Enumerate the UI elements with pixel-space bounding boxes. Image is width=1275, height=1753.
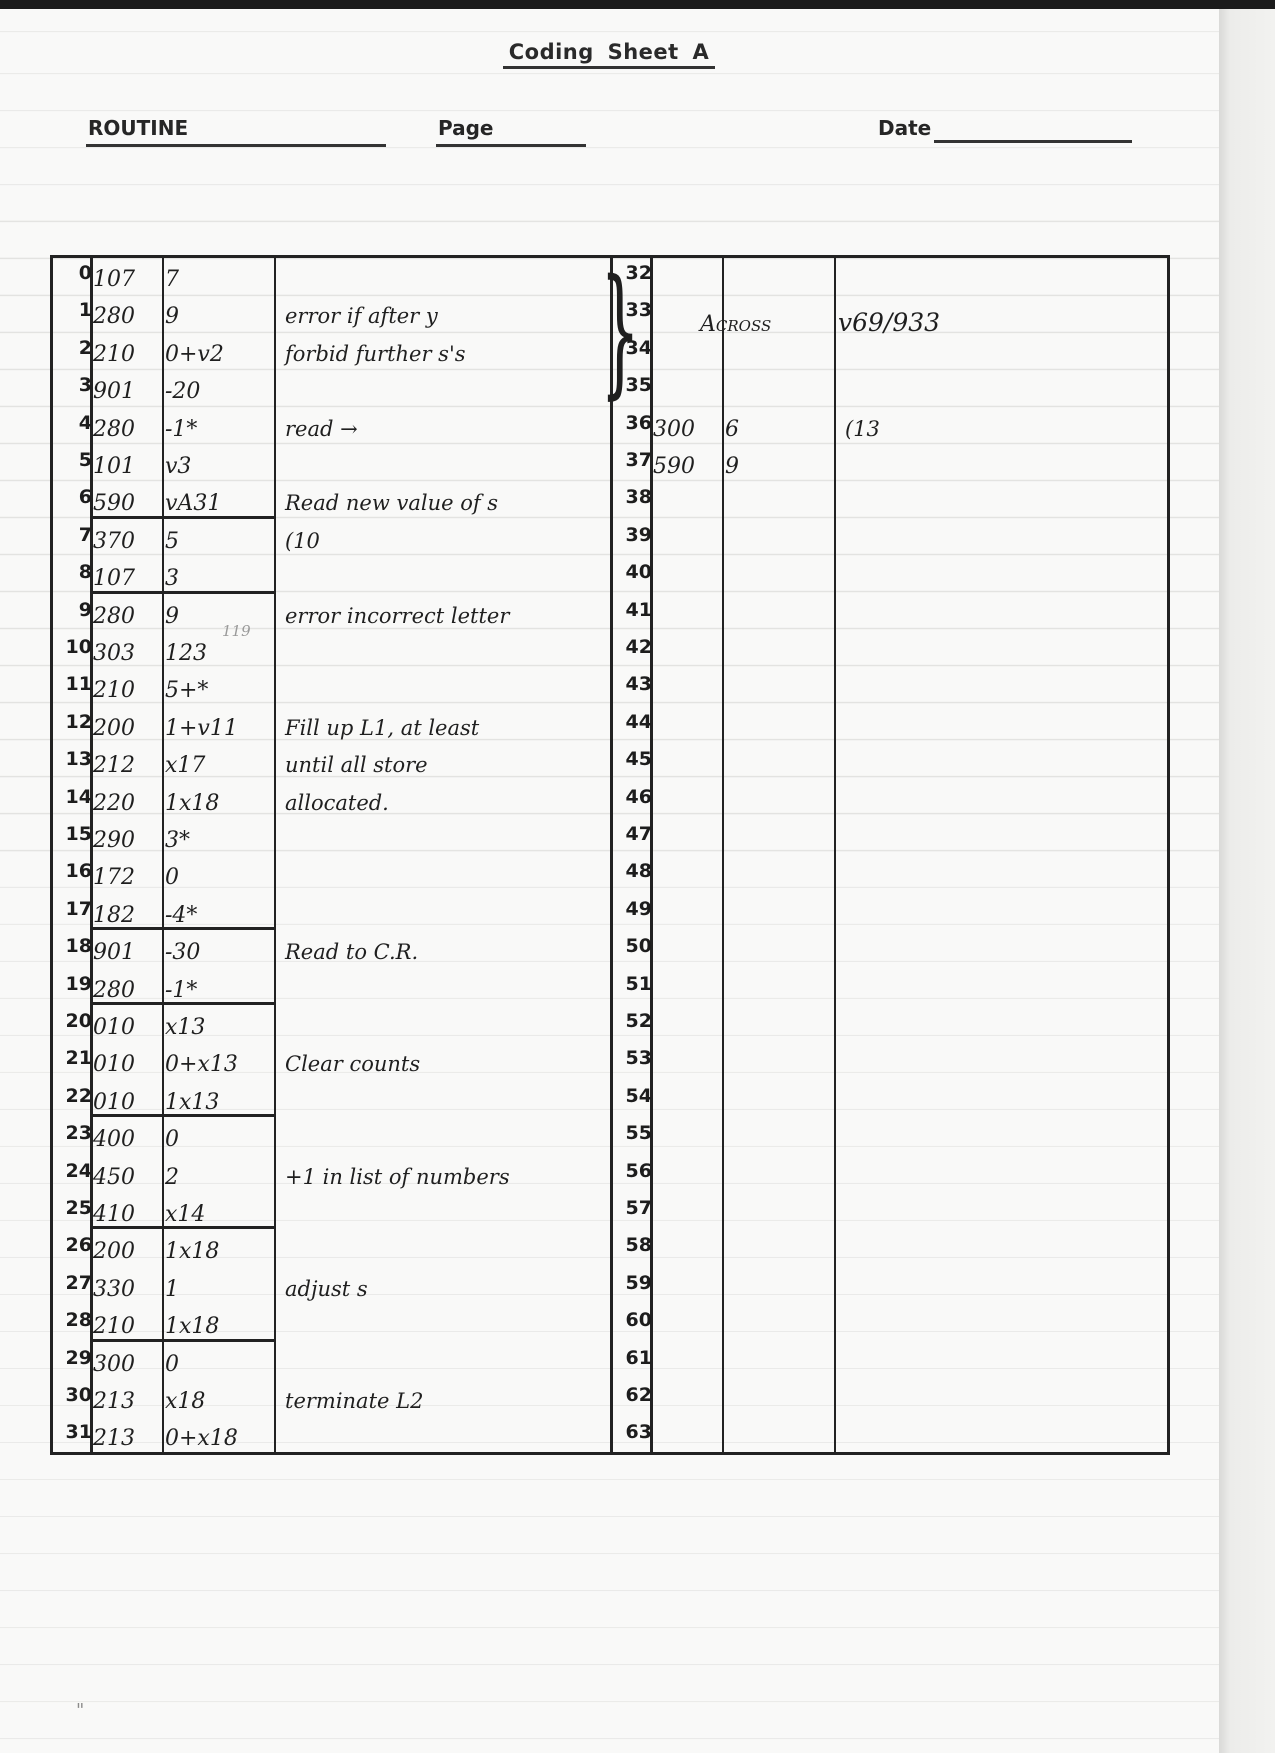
address-cell[interactable]: 0+x18 xyxy=(165,1426,238,1451)
line-number: 40 xyxy=(610,561,652,583)
line-number: 31 xyxy=(50,1421,92,1443)
line-number: 27 xyxy=(50,1272,92,1294)
line-number: 43 xyxy=(610,673,652,695)
line-number: 16 xyxy=(50,860,92,882)
group-divider xyxy=(91,1339,274,1342)
coding-row[interactable]: 54 xyxy=(610,1081,1170,1118)
address-cell[interactable]: x17 xyxy=(165,753,205,778)
line-number: 3 xyxy=(50,374,92,396)
function-cell[interactable]: 220 xyxy=(93,791,135,816)
address-cell[interactable]: 2 xyxy=(165,1165,179,1190)
line-number: 23 xyxy=(50,1122,92,1144)
comment-cell[interactable]: Clear counts xyxy=(285,1052,420,1076)
address-cell[interactable]: 3* xyxy=(165,828,190,853)
function-cell[interactable]: 107 xyxy=(93,267,135,292)
line-number: 26 xyxy=(50,1234,92,1256)
function-cell[interactable]: 200 xyxy=(93,1239,135,1264)
coding-row[interactable]: 20010x13 xyxy=(50,1006,610,1043)
address-cell[interactable]: 1+v11 xyxy=(165,716,238,741)
comment-cell[interactable]: +1 in list of numbers xyxy=(285,1165,510,1189)
comment-cell[interactable]: (10 xyxy=(285,529,320,553)
line-number: 4 xyxy=(50,412,92,434)
scanner-edge xyxy=(1219,9,1275,1753)
function-cell[interactable]: 410 xyxy=(93,1202,135,1227)
coding-row[interactable]: 01077 xyxy=(50,258,610,295)
line-number: 28 xyxy=(50,1309,92,1331)
comment-cell[interactable]: (13 xyxy=(845,417,880,441)
coding-row[interactable]: 30213x18terminate L2 xyxy=(50,1380,610,1417)
function-cell[interactable]: 107 xyxy=(93,566,135,591)
routine-field[interactable] xyxy=(86,144,386,147)
line-number: 21 xyxy=(50,1047,92,1069)
line-number: 51 xyxy=(610,973,652,995)
coding-row[interactable]: 18901-30 Read to C.R. xyxy=(50,931,610,968)
routine-label: ROUTINE xyxy=(88,116,188,140)
coding-row[interactable]: 50 xyxy=(610,931,1170,968)
address-cell[interactable]: 9 xyxy=(165,304,179,329)
function-cell[interactable]: 010 xyxy=(93,1015,135,1040)
address-cell[interactable]: -4* xyxy=(165,903,197,928)
line-number: 47 xyxy=(610,823,652,845)
line-number: 55 xyxy=(610,1122,652,1144)
lines-32-63-block: 32333435363006(1337590938394041424344454… xyxy=(610,255,1170,1455)
function-cell[interactable]: 370 xyxy=(93,529,135,554)
function-cell[interactable]: 400 xyxy=(93,1127,135,1152)
comment-cell[interactable]: Read to C.R. xyxy=(285,940,418,964)
line-number: 57 xyxy=(610,1197,652,1219)
line-number: 52 xyxy=(610,1010,652,1032)
line-number: 1 xyxy=(50,299,92,321)
address-cell[interactable]: 1x13 xyxy=(165,1090,219,1115)
coding-row[interactable]: 48 xyxy=(610,856,1170,893)
line-number: 41 xyxy=(610,599,652,621)
coding-row[interactable]: 39 xyxy=(610,520,1170,557)
line-number: 7 xyxy=(50,524,92,546)
coding-row[interactable]: 262001x18 xyxy=(50,1230,610,1267)
coding-row[interactable]: 81073 xyxy=(50,557,610,594)
coding-row[interactable]: 45 xyxy=(610,744,1170,781)
comment-cell[interactable]: Fill up L1, at least xyxy=(285,716,479,740)
line-number: 12 xyxy=(50,711,92,733)
coding-row[interactable]: 56 xyxy=(610,1156,1170,1193)
coding-row[interactable]: 51 xyxy=(610,969,1170,1006)
line-number: 17 xyxy=(50,898,92,920)
line-number: 56 xyxy=(610,1160,652,1182)
date-field[interactable] xyxy=(934,140,1132,143)
address-cell[interactable]: 0+x13 xyxy=(165,1052,238,1077)
line-number: 36 xyxy=(610,412,652,434)
coding-row[interactable]: 58 xyxy=(610,1230,1170,1267)
function-cell[interactable]: 590 xyxy=(653,454,695,479)
line-number: 2 xyxy=(50,337,92,359)
coding-row[interactable]: 59 xyxy=(610,1268,1170,1305)
line-number: 30 xyxy=(50,1384,92,1406)
line-number: 45 xyxy=(610,748,652,770)
line-number: 5 xyxy=(50,449,92,471)
coding-row[interactable]: 19280-1* xyxy=(50,969,610,1006)
line-number: 37 xyxy=(610,449,652,471)
coding-row[interactable]: 142201x18allocated. xyxy=(50,782,610,819)
function-cell[interactable]: 172 xyxy=(93,865,135,890)
coding-row[interactable]: 25410x14 xyxy=(50,1193,610,1230)
group-divider xyxy=(91,516,274,519)
function-cell[interactable]: 300 xyxy=(653,417,695,442)
line-number: 8 xyxy=(50,561,92,583)
function-cell[interactable]: 101 xyxy=(93,454,135,479)
comment-cell[interactable]: allocated. xyxy=(285,791,389,815)
line-number: 20 xyxy=(50,1010,92,1032)
coding-row[interactable]: 61 xyxy=(610,1343,1170,1380)
address-cell[interactable]: 7 xyxy=(165,267,179,292)
coding-row[interactable]: 62 xyxy=(610,1380,1170,1417)
function-cell[interactable]: 590 xyxy=(93,491,135,516)
address-cell[interactable]: x14 xyxy=(165,1202,205,1227)
pencil-correction: 119 xyxy=(222,622,251,640)
line-number: 14 xyxy=(50,786,92,808)
function-cell[interactable]: 303 xyxy=(93,641,135,666)
coding-row[interactable]: 34 xyxy=(610,333,1170,370)
line-number: 60 xyxy=(610,1309,652,1331)
function-cell[interactable]: 280 xyxy=(93,604,135,629)
coding-row[interactable]: 273301adjust s xyxy=(50,1268,610,1305)
coding-row[interactable]: 122001+v11Fill up L1, at least xyxy=(50,707,610,744)
line-number: 62 xyxy=(610,1384,652,1406)
comment-cell[interactable]: read → xyxy=(285,417,358,441)
function-cell[interactable]: 213 xyxy=(93,1426,135,1451)
line-number: 18 xyxy=(50,935,92,957)
coding-row[interactable]: 92809error incorrect letter xyxy=(50,595,610,632)
coding-row[interactable]: 32 xyxy=(610,258,1170,295)
line-number: 58 xyxy=(610,1234,652,1256)
line-number: 19 xyxy=(50,973,92,995)
coding-row[interactable]: 40 xyxy=(610,557,1170,594)
function-cell[interactable]: 290 xyxy=(93,828,135,853)
coding-row[interactable]: 60 xyxy=(610,1305,1170,1342)
function-cell[interactable]: 901 xyxy=(93,940,135,965)
coding-row[interactable]: 73705(10 xyxy=(50,520,610,557)
coding-row[interactable]: 161720 xyxy=(50,856,610,893)
function-cell[interactable]: 010 xyxy=(93,1052,135,1077)
coding-row[interactable]: 4280-1* read → xyxy=(50,408,610,445)
comment-cell[interactable]: forbid further s's xyxy=(285,342,466,366)
coding-row[interactable]: 35 xyxy=(610,370,1170,407)
address-cell[interactable]: 0 xyxy=(165,1127,179,1152)
group-divider xyxy=(91,1114,274,1117)
coding-row[interactable]: 57 xyxy=(610,1193,1170,1230)
coding-row[interactable]: 10303123 xyxy=(50,632,610,669)
function-cell[interactable]: 210 xyxy=(93,342,135,367)
coding-row[interactable]: 52 xyxy=(610,1006,1170,1043)
address-cell[interactable]: 0+v2 xyxy=(165,342,224,367)
line-number: 0 xyxy=(50,262,92,284)
lines-0-31-block: 0107712809error if after y22100+v2forbid… xyxy=(50,255,610,1455)
address-cell[interactable]: -30 xyxy=(165,940,200,965)
coding-row[interactable]: 55 xyxy=(610,1118,1170,1155)
coding-row[interactable]: 363006(13 xyxy=(610,408,1170,445)
function-cell[interactable]: 212 xyxy=(93,753,135,778)
coding-row[interactable]: 46 xyxy=(610,782,1170,819)
coding-row[interactable]: 63 xyxy=(610,1417,1170,1454)
function-cell[interactable]: 010 xyxy=(93,1090,135,1115)
address-cell[interactable]: 1x18 xyxy=(165,1314,219,1339)
address-cell[interactable]: 0 xyxy=(165,1352,179,1377)
function-cell[interactable]: 280 xyxy=(93,304,135,329)
line-number: 48 xyxy=(610,860,652,882)
coding-row[interactable]: 53 xyxy=(610,1043,1170,1080)
coding-row[interactable]: 3901-20 xyxy=(50,370,610,407)
comment-cell[interactable]: error incorrect letter xyxy=(285,604,509,628)
across-address: v69/933 xyxy=(838,308,940,337)
line-number: 42 xyxy=(610,636,652,658)
address-cell[interactable]: -1* xyxy=(165,978,197,1003)
address-cell[interactable]: 5+* xyxy=(165,678,208,703)
function-cell[interactable]: 213 xyxy=(93,1389,135,1414)
comment-cell[interactable]: terminate L2 xyxy=(285,1389,423,1413)
coding-grid: 0107712809error if after y22100+v2forbid… xyxy=(50,255,1170,1455)
coding-row[interactable]: 210100+x13Clear counts xyxy=(50,1043,610,1080)
coding-row[interactable]: 17182-4* xyxy=(50,894,610,931)
function-cell[interactable]: 450 xyxy=(93,1165,135,1190)
coding-row[interactable]: 6590vA31Read new value of s xyxy=(50,482,610,519)
date-label: Date xyxy=(878,116,931,140)
function-cell[interactable]: 280 xyxy=(93,978,135,1003)
line-number: 6 xyxy=(50,486,92,508)
address-cell[interactable]: 6 xyxy=(725,417,739,442)
address-cell[interactable]: 0 xyxy=(165,865,179,890)
coding-row[interactable]: 220101x13 xyxy=(50,1081,610,1118)
coding-row[interactable]: 375909 xyxy=(610,445,1170,482)
address-cell[interactable]: vA31 xyxy=(165,491,221,516)
address-cell[interactable]: -20 xyxy=(165,379,200,404)
line-number: 10 xyxy=(50,636,92,658)
comment-cell[interactable]: error if after y xyxy=(285,304,438,328)
page-label: Page xyxy=(438,116,494,140)
scan-top-border xyxy=(0,0,1275,9)
coding-row[interactable]: 44 xyxy=(610,707,1170,744)
coding-row[interactable]: 312130+x18 xyxy=(50,1417,610,1454)
sheet-title: Coding Sheet A xyxy=(503,40,715,69)
address-cell[interactable]: v3 xyxy=(165,454,191,479)
coding-row[interactable]: 22100+v2forbid further s's xyxy=(50,333,610,370)
function-cell[interactable]: 210 xyxy=(93,1314,135,1339)
coding-row[interactable]: 41 xyxy=(610,595,1170,632)
coding-row[interactable]: 49 xyxy=(610,894,1170,931)
function-cell[interactable]: 182 xyxy=(93,903,135,928)
address-cell[interactable]: x13 xyxy=(165,1015,205,1040)
line-number: 49 xyxy=(610,898,652,920)
line-number: 29 xyxy=(50,1347,92,1369)
address-cell[interactable]: x18 xyxy=(165,1389,205,1414)
across-label: Across xyxy=(700,312,771,337)
line-number: 44 xyxy=(610,711,652,733)
line-number: 63 xyxy=(610,1421,652,1443)
function-cell[interactable]: 901 xyxy=(93,379,135,404)
function-cell[interactable]: 210 xyxy=(93,678,135,703)
group-divider xyxy=(91,1226,274,1229)
line-number: 59 xyxy=(610,1272,652,1294)
line-number: 39 xyxy=(610,524,652,546)
coding-row[interactable]: 244502 +1 in list of numbers xyxy=(50,1156,610,1193)
line-number: 53 xyxy=(610,1047,652,1069)
coding-row[interactable]: 12809error if after y xyxy=(50,295,610,332)
comment-cell[interactable]: until all store xyxy=(285,753,428,777)
address-cell[interactable]: 1x18 xyxy=(165,791,219,816)
coding-row[interactable]: 5101v3 xyxy=(50,445,610,482)
line-number: 24 xyxy=(50,1160,92,1182)
address-cell[interactable]: 123 xyxy=(165,641,207,666)
address-cell[interactable]: 1 xyxy=(165,1277,179,1302)
group-divider xyxy=(91,927,274,930)
function-cell[interactable]: 200 xyxy=(93,716,135,741)
address-cell[interactable]: 3 xyxy=(165,566,179,591)
coding-row[interactable]: 152903* xyxy=(50,819,610,856)
function-cell[interactable]: 330 xyxy=(93,1277,135,1302)
line-number: 50 xyxy=(610,935,652,957)
address-cell[interactable]: -1* xyxy=(165,417,197,442)
line-number: 15 xyxy=(50,823,92,845)
coding-row[interactable]: 47 xyxy=(610,819,1170,856)
line-number: 22 xyxy=(50,1085,92,1107)
coding-row[interactable]: 293000 xyxy=(50,1343,610,1380)
line-number: 11 xyxy=(50,673,92,695)
coding-row[interactable]: 282101x18 xyxy=(50,1305,610,1342)
brace-lines-32-35: } xyxy=(600,262,640,402)
line-number: 13 xyxy=(50,748,92,770)
line-number: 46 xyxy=(610,786,652,808)
comment-cell[interactable]: adjust s xyxy=(285,1277,368,1301)
address-cell[interactable]: 9 xyxy=(165,604,179,629)
coding-row[interactable]: 13212x17until all store xyxy=(50,744,610,781)
coding-row[interactable]: 43 xyxy=(610,669,1170,706)
coding-row[interactable]: 42 xyxy=(610,632,1170,669)
coding-row[interactable]: 112105+* xyxy=(50,669,610,706)
address-cell[interactable]: 5 xyxy=(165,529,179,554)
line-number: 38 xyxy=(610,486,652,508)
line-number: 9 xyxy=(50,599,92,621)
function-cell[interactable]: 300 xyxy=(93,1352,135,1377)
comment-cell[interactable]: Read new value of s xyxy=(285,491,498,515)
address-cell[interactable]: 1x18 xyxy=(165,1239,219,1264)
page-field[interactable] xyxy=(436,144,586,147)
group-divider xyxy=(91,591,274,594)
group-divider xyxy=(91,1002,274,1005)
function-cell[interactable]: 280 xyxy=(93,417,135,442)
line-number: 25 xyxy=(50,1197,92,1219)
address-cell[interactable]: 9 xyxy=(725,454,739,479)
coding-row[interactable]: 38 xyxy=(610,482,1170,519)
pencil-footer-mark: " xyxy=(76,1700,84,1721)
line-number: 54 xyxy=(610,1085,652,1107)
line-number: 61 xyxy=(610,1347,652,1369)
coding-row[interactable]: 234000 xyxy=(50,1118,610,1155)
